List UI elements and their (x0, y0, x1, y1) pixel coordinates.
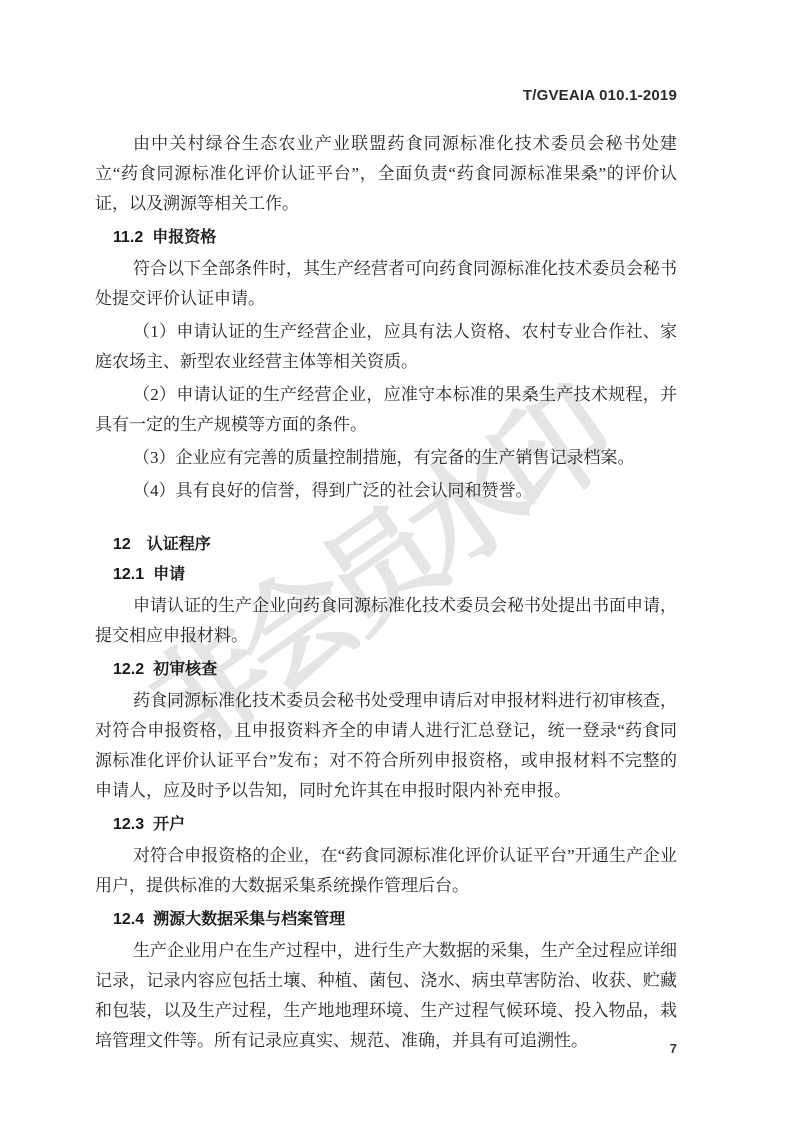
list-item-3: （3）企业应有完善的质量控制措施，有完备的生产销售记录档案。 (95, 443, 677, 473)
heading-number: 11.2 (113, 229, 143, 246)
heading-title: 溯源大数据采集与档案管理 (153, 911, 345, 928)
list-item-4: （4）具有良好的信誉，得到广泛的社会认同和赞誉。 (95, 476, 677, 506)
document-body: 由中关村绿谷生态农业产业联盟药食同源标准化技术委员会秘书处建立“药食同源标准化评… (95, 126, 677, 1059)
document-page: T/GVEAIA 010.1-2019 非会员水印 由中关村绿谷生态农业产业联盟… (0, 0, 793, 1122)
paragraph: 生产企业用户在生产过程中，进行生产大数据的采集，生产全过程应详细记录，记录内容应… (95, 936, 677, 1056)
heading-title: 申报资格 (152, 229, 216, 246)
heading-12-1: 12.1申请 (113, 564, 677, 586)
heading-number: 12 (113, 536, 131, 553)
heading-12-3: 12.3开户 (113, 814, 677, 836)
heading-number: 12.1 (113, 566, 144, 583)
heading-number: 12.4 (113, 911, 144, 928)
heading-11-2: 11.2申报资格 (113, 227, 677, 249)
heading-12: 12认证程序 (113, 534, 677, 556)
heading-12-4: 12.4溯源大数据采集与档案管理 (113, 909, 677, 931)
paragraph: 药食同源标准化技术委员会秘书处受理申请后对申报材料进行初审核查，对符合申报资格，… (95, 686, 677, 806)
paragraph: 对符合申报资格的企业，在“药食同源标准化评价认证平台”开通生产企业用户，提供标准… (95, 841, 677, 901)
heading-number: 12.3 (113, 816, 144, 833)
heading-title: 认证程序 (147, 536, 211, 553)
heading-title: 申请 (153, 566, 185, 583)
heading-12-2: 12.2初审核查 (113, 659, 677, 681)
heading-title: 初审核查 (153, 661, 217, 678)
paragraph: 符合以下全部条件时，其生产经营者可向药食同源标准化技术委员会秘书处提交评价认证申… (95, 254, 677, 314)
page-number: 7 (670, 1041, 677, 1056)
standard-code-header: T/GVEAIA 010.1-2019 (523, 87, 677, 104)
list-item-2: （2）申请认证的生产经营企业，应准守本标准的果桑生产技术规程，并具有一定的生产规… (95, 380, 677, 440)
list-item-1: （1）申请认证的生产经营企业，应具有法人资格、农村专业合作社、家庭农场主、新型农… (95, 317, 677, 377)
heading-title: 开户 (153, 816, 185, 833)
paragraph-intro: 由中关村绿谷生态农业产业联盟药食同源标准化技术委员会秘书处建立“药食同源标准化评… (95, 129, 677, 219)
paragraph: 申请认证的生产企业向药食同源标准化技术委员会秘书处提出书面申请，提交相应申报材料… (95, 591, 677, 651)
heading-number: 12.2 (113, 661, 144, 678)
